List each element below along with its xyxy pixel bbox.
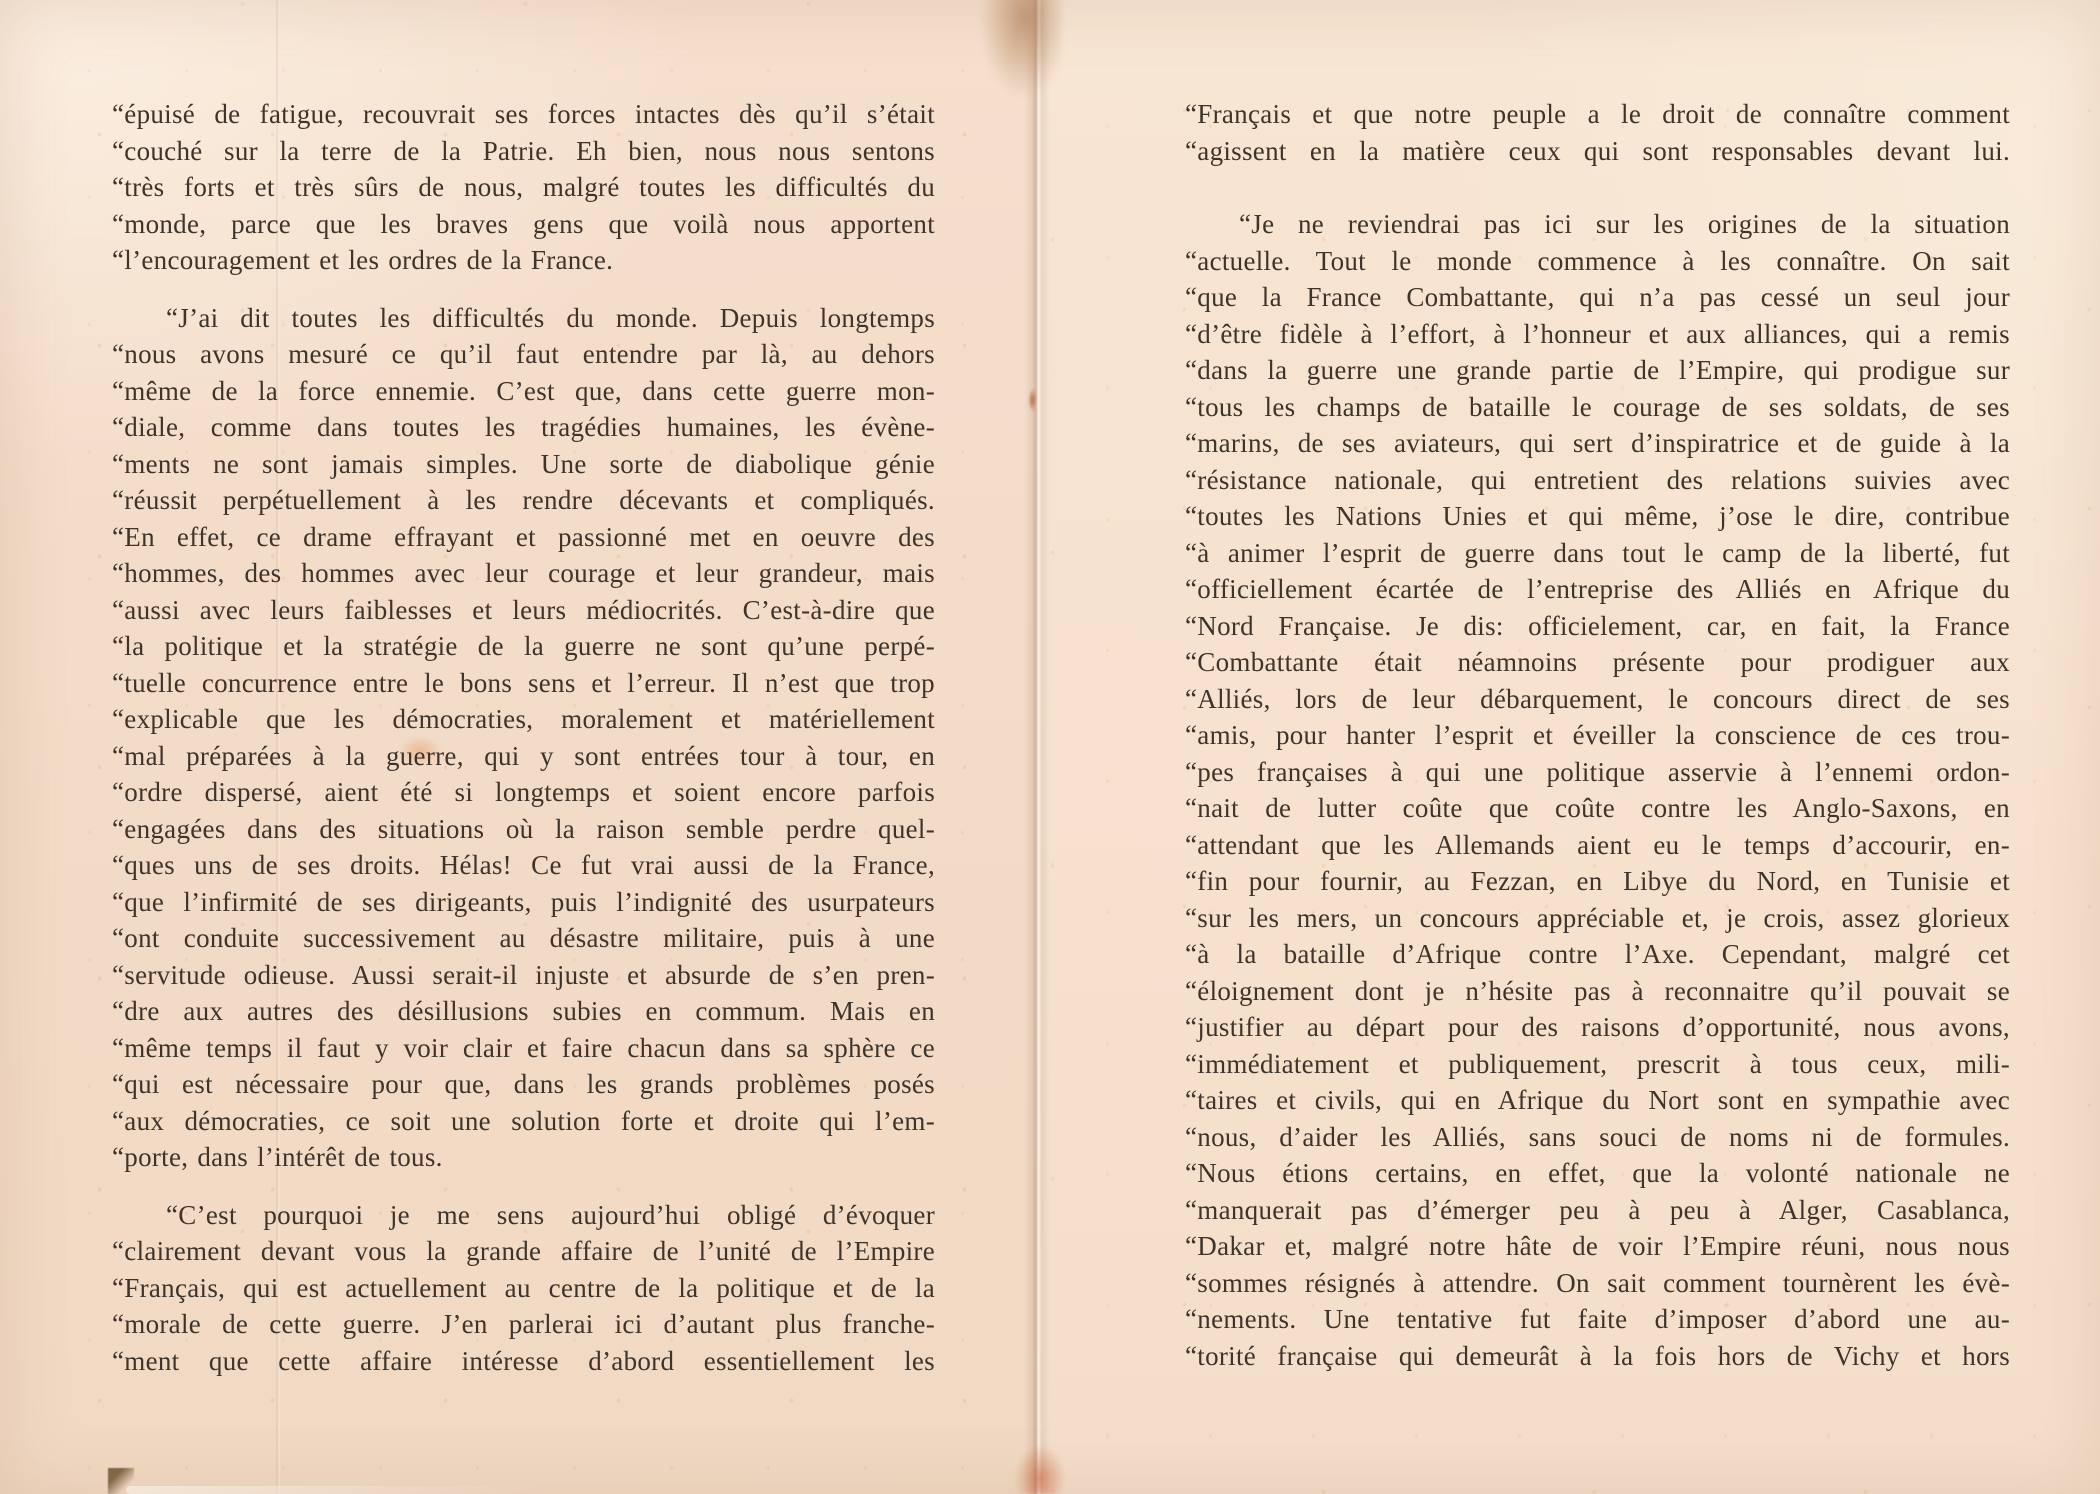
text-line: “attendant que les Allemands aient eu le…	[1185, 827, 2010, 864]
text-line: “aux démocraties, ce soit une solution f…	[112, 1103, 935, 1140]
text-line: “servitude odieuse. Aussi serait-il inju…	[112, 957, 935, 994]
text-line: “ordre dispersé, aient été si longtemps …	[112, 774, 935, 811]
fold-stain-bottom	[1014, 1444, 1066, 1494]
text-line: “Français et que notre peuple a le droit…	[1185, 96, 2010, 133]
text-line: “Français, qui est actuellement au centr…	[112, 1270, 935, 1307]
text-line: “torité française qui demeurât à la fois…	[1185, 1338, 2010, 1375]
text-line: “l’encouragement et les ordres de la Fra…	[112, 242, 935, 279]
text-line: “résistance nationale, qui entretient de…	[1185, 462, 2010, 499]
text-line: “pes françaises à qui une politique asse…	[1185, 754, 2010, 791]
paragraph: “C’est pourquoi je me sens aujourd’hui o…	[112, 1197, 935, 1380]
text-line: “même temps il faut y voir clair et fair…	[112, 1030, 935, 1067]
text-line: “fin pour fournir, au Fezzan, en Libye d…	[1185, 863, 2010, 900]
text-line: “justifier au départ pour des raisons d’…	[1185, 1009, 2010, 1046]
text-line: “réussit perpétuellement à les rendre dé…	[112, 482, 935, 519]
text-line: “explicable que les démocraties, moralem…	[112, 701, 935, 738]
page-right-text: “Français et que notre peuple a le droit…	[1185, 96, 2010, 1374]
page-left-text: “épuisé de fatigue, recouvrait ses force…	[112, 96, 935, 1379]
text-line: “très forts et très sûrs de nous, malgré…	[112, 169, 935, 206]
text-line: “à la bataille d’Afrique contre l’Axe. C…	[1185, 936, 2010, 973]
text-line: “éloignement dont je n’hésite pas à reco…	[1185, 973, 2010, 1010]
text-line: “couché sur la terre de la Patrie. Eh bi…	[112, 133, 935, 170]
paragraph: “J’ai dit toutes les difficultés du mond…	[112, 300, 935, 1176]
text-line: “dans la guerre une grande partie de l’E…	[1185, 352, 2010, 389]
paragraph: “épuisé de fatigue, recouvrait ses force…	[112, 96, 935, 279]
text-line: “épuisé de fatigue, recouvrait ses force…	[112, 96, 935, 133]
text-line: “Nord Française. Je dis: officielement, …	[1185, 608, 2010, 645]
text-line: “tuelle concurrence entre le bons sens e…	[112, 665, 935, 702]
text-line: “ques uns de ses droits. Hélas! Ce fut v…	[112, 847, 935, 884]
text-line: “à animer l’esprit de guerre dans tout l…	[1185, 535, 2010, 572]
text-line: “d’être fidèle à l’effort, à l’honneur e…	[1185, 316, 2010, 353]
text-line: “dre aux autres des désillusions subies …	[112, 993, 935, 1030]
text-line: “Combattante était néamnoins présente po…	[1185, 644, 2010, 681]
text-line: “ment que cette affaire intéresse d’abor…	[112, 1343, 935, 1380]
text-line: “sur les mers, un concours appréciable e…	[1185, 900, 2010, 937]
text-line: “immédiatement et publiquement, prescrit…	[1185, 1046, 2010, 1083]
text-line: “nements. Une tentative fut faite d’impo…	[1185, 1301, 2010, 1338]
text-line: “actuelle. Tout le monde commence à les …	[1185, 243, 2010, 280]
center-fold	[1024, 0, 1050, 1494]
text-line: “que la France Combattante, qui n’a pas …	[1185, 279, 2010, 316]
text-line: “que l’infirmité de ses dirigeants, puis…	[112, 884, 935, 921]
text-line: “agissent en la matière ceux qui sont re…	[1185, 133, 2010, 170]
page-right: “Français et que notre peuple a le droit…	[1037, 0, 2100, 1494]
text-line: “morale de cette guerre. J’en parlerai i…	[112, 1306, 935, 1343]
text-line: “qui est nécessaire pour que, dans les g…	[112, 1066, 935, 1103]
text-line: “la politique et la stratégie de la guer…	[112, 628, 935, 665]
text-line: “même de la force ennemie. C’est que, da…	[112, 373, 935, 410]
text-line: “diale, comme dans toutes les tragédies …	[112, 409, 935, 446]
text-line: “marins, de ses aviateurs, qui sert d’in…	[1185, 425, 2010, 462]
text-line: “porte, dans l’intérêt de tous.	[112, 1139, 935, 1176]
fold-smudge-top	[978, 0, 1062, 102]
text-line: “Je ne reviendrai pas ici sur les origin…	[1185, 206, 2010, 243]
text-line: “Dakar et, malgré notre hâte de voir l’E…	[1185, 1228, 2010, 1265]
text-line: “En effet, ce drame effrayant et passion…	[112, 519, 935, 556]
text-line: “nous, d’aider les Alliés, sans souci de…	[1185, 1119, 2010, 1156]
text-line: “ments ne sont jamais simples. Une sorte…	[112, 446, 935, 483]
text-line: “aussi avec leurs faiblesses et leurs mé…	[112, 592, 935, 629]
document-spread: “épuisé de fatigue, recouvrait ses force…	[0, 0, 2100, 1494]
text-line: “manquerait pas d’émerger peu à peu à Al…	[1185, 1192, 2010, 1229]
paragraph: “Français et que notre peuple a le droit…	[1185, 96, 2010, 169]
text-line: “tous les champs de bataille le courage …	[1185, 389, 2010, 426]
text-line: “Alliés, lors de leur débarquement, le c…	[1185, 681, 2010, 718]
paragraph: “Je ne reviendrai pas ici sur les origin…	[1185, 206, 2010, 1374]
text-line: “amis, pour hanter l’esprit et éveiller …	[1185, 717, 2010, 754]
text-line: “taires et civils, qui en Afrique du Nor…	[1185, 1082, 2010, 1119]
bottom-edge-highlight	[126, 1486, 546, 1494]
text-line: “sommes résignés à attendre. On sait com…	[1185, 1265, 2010, 1302]
text-line: “mal préparées à la guerre, qui y sont e…	[112, 738, 935, 775]
text-line: “hommes, des hommes avec leur courage et…	[112, 555, 935, 592]
text-line: “nous avons mesuré ce qu’il faut entendr…	[112, 336, 935, 373]
text-line: “engagées dans des situations où la rais…	[112, 811, 935, 848]
text-line: “toutes les Nations Unies et qui même, j…	[1185, 498, 2010, 535]
text-line: “J’ai dit toutes les difficultés du mond…	[112, 300, 935, 337]
text-line: “ont conduite successivement au désastre…	[112, 920, 935, 957]
page-left: “épuisé de fatigue, recouvrait ses force…	[0, 0, 1037, 1494]
fold-fleck	[1028, 388, 1037, 412]
text-line: “monde, parce que les braves gens que vo…	[112, 206, 935, 243]
text-line: “clairement devant vous la grande affair…	[112, 1233, 935, 1270]
text-line: “officiellement écartée de l’entreprise …	[1185, 571, 2010, 608]
text-line: “C’est pourquoi je me sens aujourd’hui o…	[112, 1197, 935, 1234]
text-line: “Nous étions certains, en effet, que la …	[1185, 1155, 2010, 1192]
text-line: “nait de lutter coûte que coûte contre l…	[1185, 790, 2010, 827]
